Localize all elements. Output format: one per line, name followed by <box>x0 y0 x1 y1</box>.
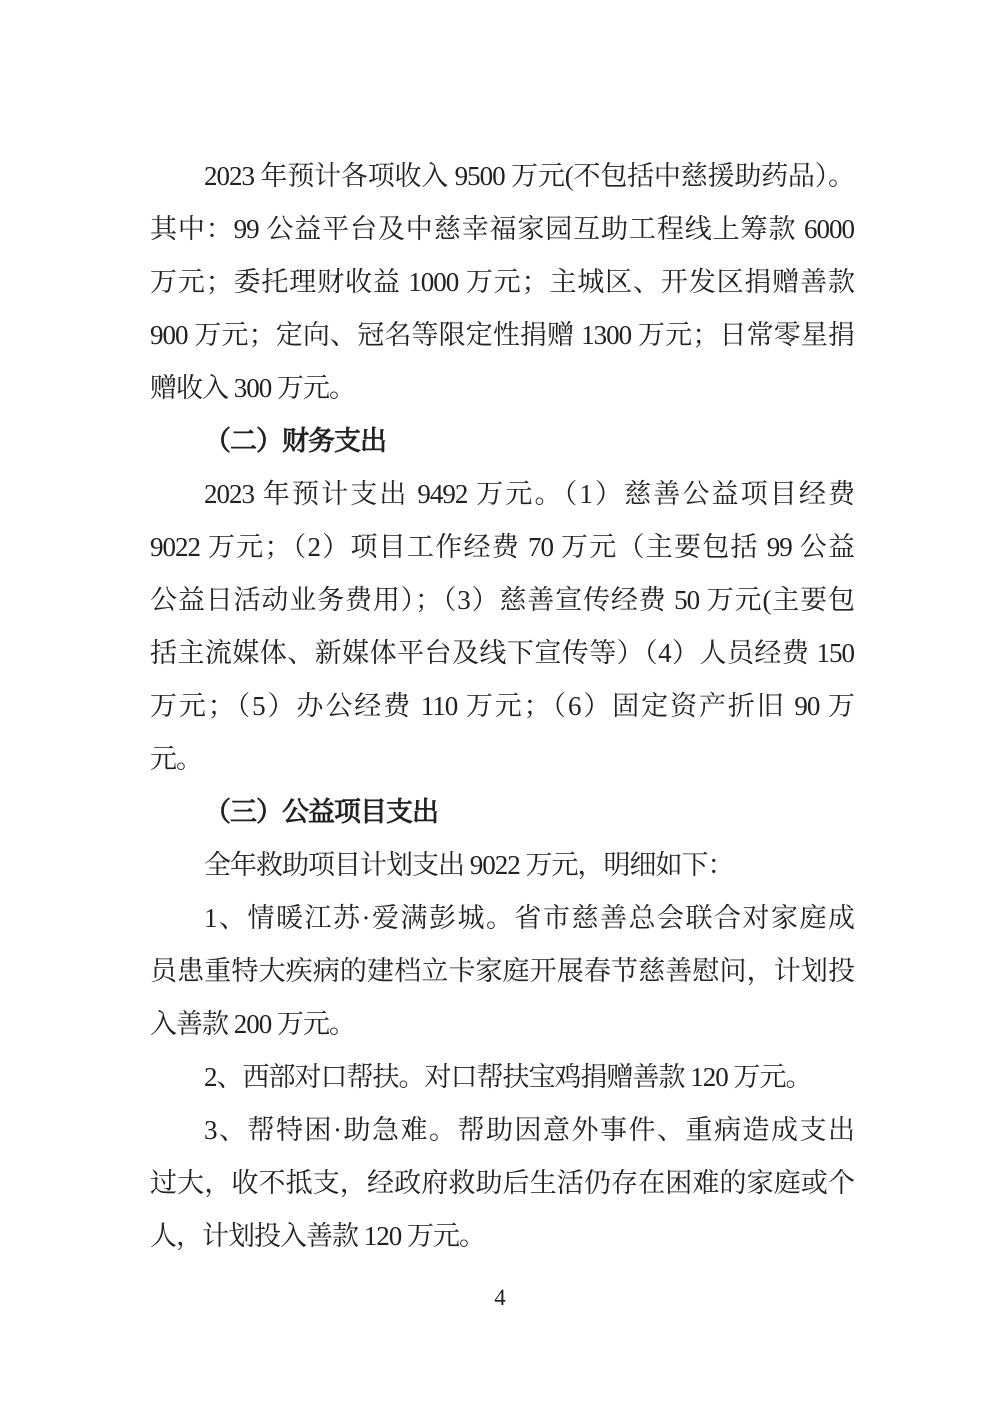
text-line: 元。 <box>150 733 854 786</box>
text-line: 2、西部对口帮扶。对口帮扶宝鸡捐赠善款 120 万元。 <box>150 1051 854 1104</box>
text-line: 2023 年预计支出 9492 万元。（1）慈善公益项目经费 <box>150 468 854 521</box>
text-line: 公益日活动业务费用）；（3）慈善宣传经费 50 万元(主要包 <box>150 574 854 627</box>
text-line: 2023 年预计各项收入 9500 万元(不包括中慈援助药品）。 <box>150 150 854 203</box>
text-line: 全年救助项目计划支出 9022 万元，明细如下： <box>150 839 854 892</box>
paragraph-expenditure-summary: 2023 年预计支出 9492 万元。（1）慈善公益项目经费 9022 万元；（… <box>150 468 854 786</box>
text-line: 3、帮特困·助急难。帮助因意外事件、重病造成支出 <box>150 1104 854 1157</box>
text-line: 1、情暖江苏·爱满彭城。省市慈善总会联合对家庭成 <box>150 892 854 945</box>
paragraph-project-3-emergency-aid: 3、帮特困·助急难。帮助因意外事件、重病造成支出 过大，收不抵支，经政府救助后生… <box>150 1104 854 1263</box>
text-line: 员患重特大疾病的建档立卡家庭开展春节慈善慰问，计划投 <box>150 945 854 998</box>
text-line: 万元；（5）办公经费 110 万元；（6）固定资产折旧 90 万 <box>150 680 854 733</box>
text-line: 人，计划投入善款 120 万元。 <box>150 1210 854 1263</box>
section-heading-finance-expenditure: （二）财务支出 <box>150 415 854 468</box>
paragraph-project-2-west-support: 2、西部对口帮扶。对口帮扶宝鸡捐赠善款 120 万元。 <box>150 1051 854 1104</box>
paragraph-project-total: 全年救助项目计划支出 9022 万元，明细如下： <box>150 839 854 892</box>
section-heading-text: （二）财务支出 <box>150 415 854 468</box>
section-heading-text: （三）公益项目支出 <box>150 786 854 839</box>
text-line: 赠收入 300 万元。 <box>150 362 854 415</box>
text-line: 过大，收不抵支，经政府救助后生活仍存在困难的家庭或个 <box>150 1157 854 1210</box>
text-line: 入善款 200 万元。 <box>150 998 854 1051</box>
page-body-text: 2023 年预计各项收入 9500 万元(不包括中慈援助药品）。 其中：99 公… <box>150 150 854 1263</box>
text-line: 万元；委托理财收益 1000 万元；主城区、开发区捐赠善款 <box>150 256 854 309</box>
text-line: 括主流媒体、新媒体平台及线下宣传等）（4）人员经费 150 <box>150 627 854 680</box>
paragraph-project-1-spring-festival-aid: 1、情暖江苏·爱满彭城。省市慈善总会联合对家庭成 员患重特大疾病的建档立卡家庭开… <box>150 892 854 1051</box>
text-line: 9022 万元；（2）项目工作经费 70 万元（主要包括 99 公益 <box>150 521 854 574</box>
section-heading-public-welfare-projects: （三）公益项目支出 <box>150 786 854 839</box>
page-number: 4 <box>0 1283 1000 1313</box>
text-line: 900 万元；定向、冠名等限定性捐赠 1300 万元；日常零星捐 <box>150 309 854 362</box>
document-page: 2023 年预计各项收入 9500 万元(不包括中慈援助药品）。 其中：99 公… <box>0 0 1000 1414</box>
paragraph-income-summary: 2023 年预计各项收入 9500 万元(不包括中慈援助药品）。 其中：99 公… <box>150 150 854 415</box>
text-line: 其中：99 公益平台及中慈幸福家园互助工程线上筹款 6000 <box>150 203 854 256</box>
